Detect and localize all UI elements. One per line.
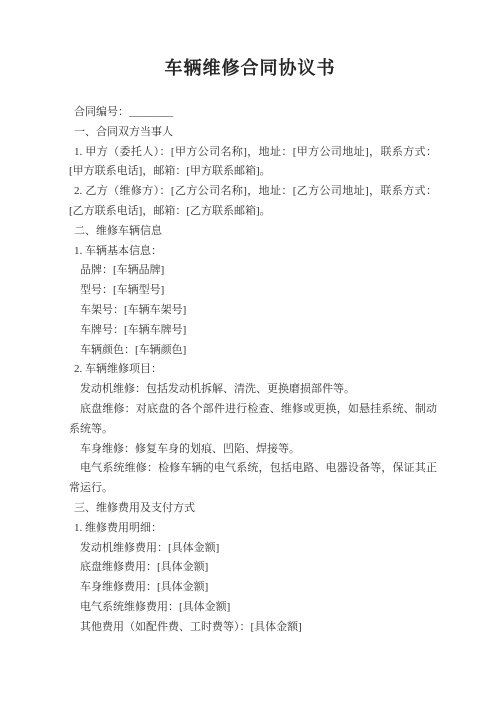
contract-document-page: 车辆维修合同协议书 合同编号：________一、合同双方当事人1. 甲方（委托… (0, 0, 500, 707)
document-body: 合同编号：________一、合同双方当事人1. 甲方（委托人）：[甲方公司名称… (69, 103, 437, 638)
repair-items-heading: 2. 车辆维修项目： (69, 360, 437, 380)
chassis-repair-cost-line: 底盘维修费用：[具体金额] (69, 558, 437, 578)
section-1-heading: 一、合同双方当事人 (69, 123, 437, 143)
chassis-repair-clause: 底盘维修：对底盘的各个部件进行检查、维修或更换，如悬挂系统、制动系统等。 (69, 400, 437, 440)
body-repair-clause: 车身维修：修复车身的划痕、凹陷、焊接等。 (69, 440, 437, 460)
other-cost-line: 其他费用（如配件费、工时费等）：[具体金额] (69, 618, 437, 638)
electrical-repair-clause: 电气系统维修：检修车辆的电气系统，包括电路、电器设备等，保证其正常运行。 (69, 459, 437, 499)
vehicle-plate-line: 车牌号：[车辆车牌号] (69, 321, 437, 341)
vehicle-basic-info-heading: 1. 车辆基本信息： (69, 242, 437, 262)
vehicle-model-line: 型号：[车辆型号] (69, 281, 437, 301)
vehicle-brand-line: 品牌：[车辆品牌] (69, 261, 437, 281)
engine-repair-clause: 发动机维修：包括发动机拆解、清洗、更换磨损部件等。 (69, 380, 437, 400)
electrical-repair-cost-line: 电气系统维修费用：[具体金额] (69, 598, 437, 618)
vehicle-color-line: 车辆颜色：[车辆颜色] (69, 341, 437, 361)
document-title: 车辆维修合同协议书 (0, 0, 500, 81)
vehicle-vin-line: 车架号：[车辆车架号] (69, 301, 437, 321)
contract-number-line: 合同编号：________ (69, 103, 437, 123)
party-a-clause: 1. 甲方（委托人）：[甲方公司名称]，地址：[甲方公司地址]，联系方式：[甲方… (69, 143, 437, 183)
section-2-heading: 二、维修车辆信息 (69, 222, 437, 242)
cost-breakdown-heading: 1. 维修费用明细： (69, 519, 437, 539)
section-3-heading: 三、维修费用及支付方式 (69, 499, 437, 519)
party-b-clause: 2. 乙方（维修方）：[乙方公司名称]，地址：[乙方公司地址]，联系方式：[乙方… (69, 182, 437, 222)
engine-repair-cost-line: 发动机维修费用：[具体金额] (69, 539, 437, 559)
body-repair-cost-line: 车身维修费用：[具体金额] (69, 578, 437, 598)
